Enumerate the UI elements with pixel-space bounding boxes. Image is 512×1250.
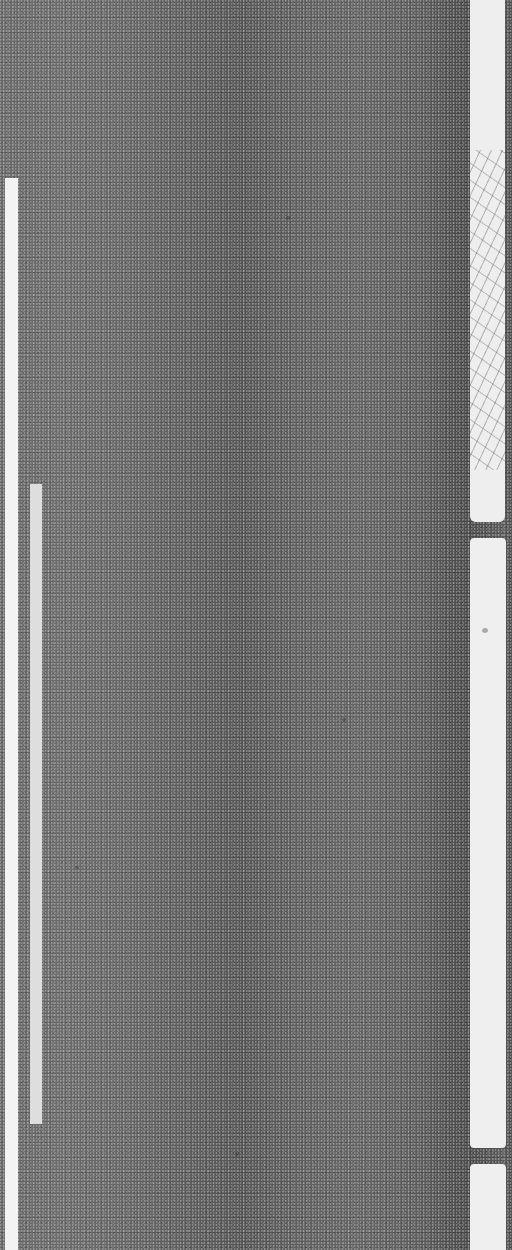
road-stain xyxy=(75,866,79,869)
right-lane-dash xyxy=(470,538,506,1148)
road-stain xyxy=(342,718,346,722)
right-lane-dash xyxy=(470,1164,506,1250)
left-edge-line xyxy=(5,178,18,1250)
left-inner-line xyxy=(30,484,42,1124)
road-stain xyxy=(482,628,488,633)
road-stain xyxy=(235,1152,239,1156)
asphalt-texture xyxy=(0,0,512,1250)
road-surface xyxy=(0,0,512,1250)
cracked-paint xyxy=(470,150,505,470)
road-stain xyxy=(286,216,290,220)
